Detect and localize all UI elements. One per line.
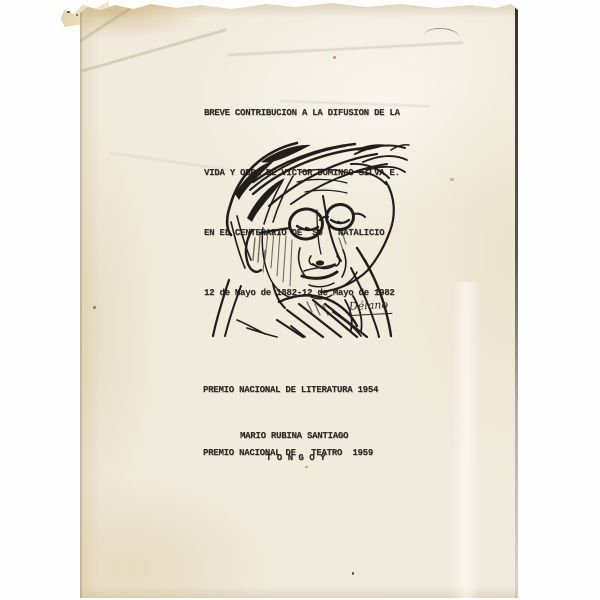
- artist-signature: Délano: [348, 298, 393, 316]
- awards-block: PREMIO NACIONAL DE LITERATURA 1954 PREMI…: [203, 338, 378, 506]
- paper-speck: [67, 11, 70, 13]
- award-line-1: PREMIO NACIONAL DE LITERATURA 1954: [203, 380, 378, 401]
- paper-speck: [352, 572, 354, 575]
- crease-mark: [74, 5, 135, 46]
- crease-mark: [228, 42, 463, 56]
- document-page: BREVE CONTRIBUCION A LA DIFUSION DE LA V…: [80, 2, 518, 598]
- pencil-arc-mark: [424, 27, 461, 39]
- place-name: T O N G O Y: [266, 448, 325, 468]
- paper-speck: [76, 14, 78, 16]
- scan-canvas: BREVE CONTRIBUCION A LA DIFUSION DE LA V…: [0, 0, 600, 600]
- paper-fold-highlight: [452, 282, 480, 598]
- title-line-1: BREVE CONTRIBUCION A LA DIFUSION DE LA: [204, 103, 400, 123]
- paper-speck: [450, 178, 454, 181]
- author-name: MARIO RUBINA SANTIAGO: [240, 426, 348, 446]
- paper-right-edge-shadow: [515, 2, 518, 598]
- paper-left-edge: [80, 2, 82, 598]
- paper-speck: [93, 306, 96, 309]
- paper-speck: [333, 56, 336, 59]
